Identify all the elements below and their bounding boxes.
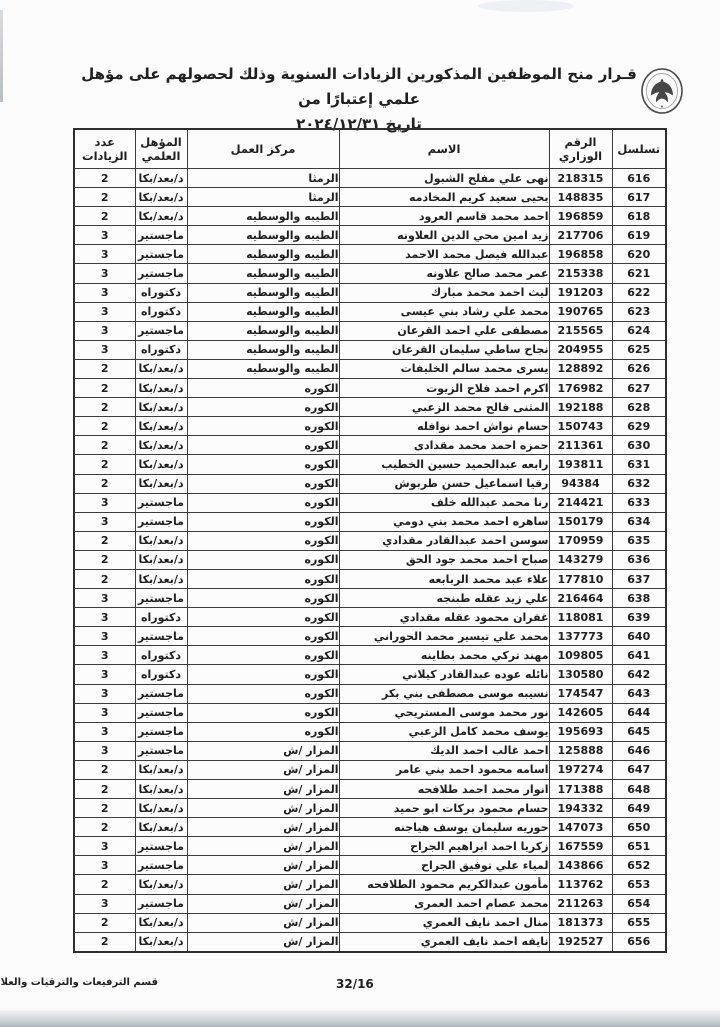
- cell-work-center: الكوره: [187, 531, 339, 550]
- cell-work-center: الكوره: [187, 569, 339, 588]
- cell-work-center: الكوره: [187, 493, 339, 512]
- cell-qualification: د/بعد/بكا: [135, 207, 187, 226]
- cell-qualification: د/بعد/بكا: [135, 932, 187, 952]
- table-row: 622191203ليث احمد محمد مباركالطيبه والوس…: [74, 283, 666, 302]
- cell-ministry-no: 196859: [549, 207, 612, 226]
- cell-qualification: ماجستير: [135, 245, 187, 264]
- cell-serial: 616: [612, 169, 666, 188]
- cell-name: سوسن احمد عبدالقادر مقدادي: [339, 531, 549, 550]
- table-row: 617148835يحيى سعيد كريم المخادمهالرمثاد/…: [74, 188, 666, 207]
- cell-qualification: ماجستير: [135, 627, 187, 646]
- table-row: 639118081غفران محمود عقله مقداديالكورهدك…: [74, 608, 666, 627]
- cell-qualification: د/بعد/بكا: [135, 474, 187, 493]
- cell-work-center: الرمثا: [187, 169, 339, 188]
- cell-qualification: ماجستير: [135, 684, 187, 703]
- cell-serial: 648: [612, 780, 666, 799]
- table-row: 653113762مأمون عبدالكريم محمود الطلافحها…: [74, 875, 666, 894]
- cell-ministry-no: 215338: [549, 264, 612, 283]
- scan-edge-bottom: [0, 1010, 720, 1027]
- cell-work-center: المزار /ش: [187, 856, 339, 875]
- cell-qualification: دكتوراه: [135, 608, 187, 627]
- cell-name: نايفه احمد نايف العمري: [339, 932, 549, 952]
- cell-raises: 2: [74, 188, 135, 207]
- cell-serial: 656: [612, 932, 666, 952]
- table-row: 624215565مصطفى علي احمد القرعانالطيبه وا…: [74, 321, 666, 340]
- cell-serial: 643: [612, 684, 666, 703]
- cell-serial: 620: [612, 245, 666, 264]
- table-row: 621215338عمر محمد صالح علاونهالطيبه والو…: [74, 264, 666, 283]
- cell-work-center: الكوره: [187, 550, 339, 569]
- cell-name: علاء عبد محمد الربابعه: [339, 569, 549, 588]
- cell-ministry-no: 128892: [549, 359, 612, 378]
- cell-qualification: ماجستير: [135, 703, 187, 722]
- cell-name: اكرم احمد فلاح الزيوت: [339, 379, 549, 398]
- cell-name: احمد محمد قاسم العرود: [339, 207, 549, 226]
- cell-ministry-no: 191203: [549, 283, 612, 302]
- cell-name: حسام محمود بركات ابو حميد: [339, 799, 549, 818]
- cell-name: حسام نواش احمد نوافله: [339, 417, 549, 436]
- cell-qualification: ماجستير: [135, 493, 187, 512]
- cell-raises: 2: [74, 436, 135, 455]
- cell-raises: 3: [74, 856, 135, 875]
- table-row: 627176982اكرم احمد فلاح الزيوتالكورهد/بع…: [74, 379, 666, 398]
- cell-serial: 617: [612, 188, 666, 207]
- cell-ministry-no: 109805: [549, 646, 612, 665]
- decision-title-line1: قـرار منح الموظفين المذكورين الزيادات ال…: [76, 62, 642, 112]
- cell-qualification: دكتوراه: [135, 646, 187, 665]
- cell-ministry-no: 142605: [549, 703, 612, 722]
- cell-name: عمر محمد صالح علاونه: [339, 264, 549, 283]
- cell-name: لمياء علي توفيق الجراح: [339, 856, 549, 875]
- cell-ministry-no: 174547: [549, 684, 612, 703]
- cell-raises: 3: [74, 627, 135, 646]
- cell-ministry-no: 113762: [549, 875, 612, 894]
- table-header-row: تسلسل الرقم الوزاري الاسم مركز العمل الم…: [74, 129, 666, 169]
- cell-ministry-no: 193811: [549, 455, 612, 474]
- cell-serial: 649: [612, 799, 666, 818]
- table-row: 628192188المثنى فالح محمد الزعبيالكورهد/…: [74, 398, 666, 417]
- cell-serial: 652: [612, 856, 666, 875]
- cell-serial: 619: [612, 226, 666, 245]
- cell-serial: 653: [612, 875, 666, 894]
- cell-work-center: المزار /ش: [187, 760, 339, 779]
- cell-serial: 627: [612, 379, 666, 398]
- cell-qualification: د/بعد/بكا: [135, 417, 187, 436]
- cell-raises: 3: [74, 340, 135, 359]
- table-row: 630211361حمزه احمد محمد مقدادىالكورهد/بع…: [74, 436, 666, 455]
- cell-raises: 3: [74, 665, 135, 684]
- cell-work-center: المزار /ش: [187, 894, 339, 913]
- cell-ministry-no: 171388: [549, 780, 612, 799]
- cell-work-center: الكوره: [187, 722, 339, 741]
- cell-serial: 644: [612, 703, 666, 722]
- cell-name: مصطفى علي احمد القرعان: [339, 321, 549, 340]
- cell-ministry-no: 150743: [549, 417, 612, 436]
- cell-raises: 2: [74, 913, 135, 932]
- decision-title: قـرار منح الموظفين المذكورين الزيادات ال…: [76, 62, 642, 137]
- cell-qualification: د/بعد/بكا: [135, 398, 187, 417]
- cell-work-center: الطيبه والوسطيه: [187, 226, 339, 245]
- cell-raises: 3: [74, 741, 135, 760]
- cell-raises: 3: [74, 722, 135, 741]
- cell-raises: 3: [74, 646, 135, 665]
- table-row: 652143866لمياء علي توفيق الجراحالمزار /ش…: [74, 856, 666, 875]
- cell-work-center: الطيبه والوسطيه: [187, 321, 339, 340]
- cell-raises: 2: [74, 455, 135, 474]
- scanned-document-page: قـرار منح الموظفين المذكورين الزيادات ال…: [0, 0, 720, 1027]
- cell-serial: 639: [612, 608, 666, 627]
- cell-work-center: الرمثا: [187, 188, 339, 207]
- table-row: 635170959سوسن احمد عبدالقادر مقداديالكور…: [74, 531, 666, 550]
- cell-raises: 3: [74, 837, 135, 856]
- cell-raises: 2: [74, 398, 135, 417]
- cell-name: نهى علي مفلح الشبول: [339, 169, 549, 188]
- cell-name: محمد علي رشاد بني عيسى: [339, 302, 549, 321]
- cell-serial: 634: [612, 512, 666, 531]
- cell-name: رنا محمد عبدالله خلف: [339, 493, 549, 512]
- cell-work-center: المزار /ش: [187, 780, 339, 799]
- table-row: 649194332حسام محمود بركات ابو حميدالمزار…: [74, 799, 666, 818]
- cell-ministry-no: 217706: [549, 226, 612, 245]
- cell-ministry-no: 130580: [549, 665, 612, 684]
- employee-raises-table: تسلسل الرقم الوزاري الاسم مركز العمل الم…: [73, 128, 667, 953]
- table-row: 655181373منال احمد نايف العمريالمزار /شد…: [74, 913, 666, 932]
- table-row: 633214421رنا محمد عبدالله خلفالكورهماجست…: [74, 493, 666, 512]
- cell-name: زيد امين محي الدين العلاونه: [339, 226, 549, 245]
- cell-work-center: الكوره: [187, 436, 339, 455]
- cell-serial: 651: [612, 837, 666, 856]
- cell-qualification: د/بعد/بكا: [135, 760, 187, 779]
- cell-qualification: د/بعد/بكا: [135, 875, 187, 894]
- cell-qualification: د/بعد/بكا: [135, 455, 187, 474]
- col-header-name: الاسم: [339, 129, 549, 169]
- cell-work-center: الكوره: [187, 474, 339, 493]
- table-row: 638216464علي زيد عقله طبنجهالكورهماجستير…: [74, 589, 666, 608]
- cell-qualification: د/بعد/بكا: [135, 359, 187, 378]
- table-row: 640137773محمد علي تيسير محمد الحورانيالك…: [74, 627, 666, 646]
- table-row: 634150179ساهره احمد محمد بني دوميالكورهم…: [74, 512, 666, 531]
- cell-ministry-no: 211361: [549, 436, 612, 455]
- table-row: 654211263محمد عصام احمد العمرىالمزار /شم…: [74, 894, 666, 913]
- table-row: 643174547نسيبه موسى مصطفى بني بكرالكورهم…: [74, 684, 666, 703]
- cell-serial: 655: [612, 913, 666, 932]
- cell-ministry-no: 211263: [549, 894, 612, 913]
- cell-work-center: الكوره: [187, 684, 339, 703]
- cell-ministry-no: 137773: [549, 627, 612, 646]
- cell-qualification: د/بعد/بكا: [135, 799, 187, 818]
- cell-ministry-no: 167559: [549, 837, 612, 856]
- cell-qualification: دكتوراه: [135, 302, 187, 321]
- cell-work-center: الكوره: [187, 512, 339, 531]
- cell-ministry-no: 204955: [549, 340, 612, 359]
- cell-name: رابعه عبدالحميد حسين الخطيب: [339, 455, 549, 474]
- cell-raises: 3: [74, 703, 135, 722]
- cell-ministry-no: 150179: [549, 512, 612, 531]
- cell-work-center: المزار /ش: [187, 741, 339, 760]
- cell-qualification: د/بعد/بكا: [135, 379, 187, 398]
- cell-qualification: د/بعد/بكا: [135, 913, 187, 932]
- cell-ministry-no: 215565: [549, 321, 612, 340]
- cell-qualification: ماجستير: [135, 894, 187, 913]
- cell-qualification: ماجستير: [135, 589, 187, 608]
- cell-raises: 2: [74, 550, 135, 569]
- cell-work-center: المزار /ش: [187, 875, 339, 894]
- cell-name: حوريه سليمان يوسف هياجنه: [339, 818, 549, 837]
- table-row: 641109805مهند تركي محمد بطاينهالكورهدكتو…: [74, 646, 666, 665]
- cell-name: نسيبه موسى مصطفى بني بكر: [339, 684, 549, 703]
- cell-work-center: الكوره: [187, 417, 339, 436]
- scan-edge-left: [0, 10, 3, 102]
- cell-qualification: د/بعد/بكا: [135, 550, 187, 569]
- cell-qualification: د/بعد/بكا: [135, 818, 187, 837]
- cell-raises: 2: [74, 780, 135, 799]
- employee-table-body: 616218315نهى علي مفلح الشبولالرمثاد/بعد/…: [74, 169, 666, 952]
- cell-serial: 654: [612, 894, 666, 913]
- cell-serial: 630: [612, 436, 666, 455]
- table-row: 616218315نهى علي مفلح الشبولالرمثاد/بعد/…: [74, 169, 666, 188]
- cell-qualification: دكتوراه: [135, 283, 187, 302]
- table-row: 647197274اسامه محمود احمد بني عامرالمزار…: [74, 760, 666, 779]
- cell-qualification: ماجستير: [135, 512, 187, 531]
- cell-qualification: ماجستير: [135, 226, 187, 245]
- cell-ministry-no: 194332: [549, 799, 612, 818]
- cell-serial: 642: [612, 665, 666, 684]
- cell-name: يسرى محمد سالم الخليفات: [339, 359, 549, 378]
- cell-qualification: ماجستير: [135, 321, 187, 340]
- cell-qualification: ماجستير: [135, 856, 187, 875]
- cell-work-center: الطيبه والوسطيه: [187, 359, 339, 378]
- cell-serial: 629: [612, 417, 666, 436]
- cell-serial: 625: [612, 340, 666, 359]
- cell-serial: 641: [612, 646, 666, 665]
- cell-work-center: الكوره: [187, 589, 339, 608]
- cell-raises: 3: [74, 245, 135, 264]
- cell-qualification: د/بعد/بكا: [135, 169, 187, 188]
- cell-qualification: د/بعد/بكا: [135, 780, 187, 799]
- cell-ministry-no: 148835: [549, 188, 612, 207]
- cell-raises: 2: [74, 359, 135, 378]
- cell-serial: 646: [612, 741, 666, 760]
- cell-work-center: الكوره: [187, 646, 339, 665]
- cell-name: حمزه احمد محمد مقدادى: [339, 436, 549, 455]
- cell-work-center: الطيبه والوسطيه: [187, 302, 339, 321]
- cell-name: رقيا اسماعيل حسن طربوش: [339, 474, 549, 493]
- cell-raises: 2: [74, 474, 135, 493]
- cell-serial: 623: [612, 302, 666, 321]
- cell-work-center: الكوره: [187, 627, 339, 646]
- cell-serial: 645: [612, 722, 666, 741]
- cell-work-center: المزار /ش: [187, 932, 339, 952]
- cell-serial: 618: [612, 207, 666, 226]
- cell-raises: 3: [74, 512, 135, 531]
- cell-name: غفران محمود عقله مقدادي: [339, 608, 549, 627]
- scan-artifact-top: [478, 0, 574, 12]
- table-row: 646125888احمد غالب احمد الديكالمزار /شما…: [74, 741, 666, 760]
- cell-name: ليث احمد محمد مبارك: [339, 283, 549, 302]
- cell-work-center: الطيبه والوسطيه: [187, 340, 339, 359]
- cell-serial: 624: [612, 321, 666, 340]
- ministry-seal-icon: [639, 66, 685, 116]
- cell-ministry-no: 118081: [549, 608, 612, 627]
- table-row: 626128892يسرى محمد سالم الخليفاتالطيبه و…: [74, 359, 666, 378]
- cell-ministry-no: 192527: [549, 932, 612, 952]
- cell-raises: 2: [74, 818, 135, 837]
- cell-raises: 2: [74, 569, 135, 588]
- cell-raises: 2: [74, 169, 135, 188]
- cell-name: انوار محمد احمد طلافحه: [339, 780, 549, 799]
- cell-qualification: د/بعد/بكا: [135, 531, 187, 550]
- cell-work-center: الطيبه والوسطيه: [187, 245, 339, 264]
- cell-name: ساهره احمد محمد بني دومي: [339, 512, 549, 531]
- cell-ministry-no: 195693: [549, 722, 612, 741]
- table-row: 650147073حوريه سليمان يوسف هياجنهالمزار …: [74, 818, 666, 837]
- table-row: 631193811رابعه عبدالحميد حسين الخطيبالكو…: [74, 455, 666, 474]
- cell-name: زكريا احمد ابراهيم الجراح: [339, 837, 549, 856]
- cell-raises: 2: [74, 379, 135, 398]
- cell-serial: 631: [612, 455, 666, 474]
- cell-name: نائله عوده عبدالقادر كيلاني: [339, 665, 549, 684]
- cell-raises: 2: [74, 207, 135, 226]
- cell-ministry-no: 125888: [549, 741, 612, 760]
- cell-work-center: المزار /ش: [187, 799, 339, 818]
- cell-serial: 633: [612, 493, 666, 512]
- cell-raises: 2: [74, 531, 135, 550]
- cell-serial: 650: [612, 818, 666, 837]
- cell-ministry-no: 170959: [549, 531, 612, 550]
- cell-qualification: دكتوراه: [135, 665, 187, 684]
- cell-serial: 640: [612, 627, 666, 646]
- cell-ministry-no: 218315: [549, 169, 612, 188]
- table-row: 619217706زيد امين محي الدين العلاونهالطي…: [74, 226, 666, 245]
- cell-raises: 3: [74, 589, 135, 608]
- cell-raises: 2: [74, 417, 135, 436]
- cell-raises: 3: [74, 302, 135, 321]
- col-header-ministry-no: الرقم الوزاري: [549, 129, 612, 169]
- cell-name: علي زيد عقله طبنجه: [339, 589, 549, 608]
- table-row: 648171388انوار محمد احمد طلافحهالمزار /ش…: [74, 780, 666, 799]
- table-row: 618196859احمد محمد قاسم العرودالطيبه وال…: [74, 207, 666, 226]
- cell-work-center: الطيبه والوسطيه: [187, 207, 339, 226]
- cell-qualification: د/بعد/بكا: [135, 188, 187, 207]
- table-row: 623190765محمد علي رشاد بني عيسىالطيبه وا…: [74, 302, 666, 321]
- cell-name: مهند تركي محمد بطاينه: [339, 646, 549, 665]
- cell-name: يوسف محمد كامل الزعبي: [339, 722, 549, 741]
- cell-ministry-no: 176982: [549, 379, 612, 398]
- cell-work-center: المزار /ش: [187, 818, 339, 837]
- cell-ministry-no: 197274: [549, 760, 612, 779]
- cell-raises: 3: [74, 608, 135, 627]
- cell-raises: 3: [74, 493, 135, 512]
- cell-qualification: ماجستير: [135, 264, 187, 283]
- table-row: 637177810علاء عبد محمد الربابعهالكورهد/ب…: [74, 569, 666, 588]
- cell-ministry-no: 143279: [549, 550, 612, 569]
- cell-ministry-no: 216464: [549, 589, 612, 608]
- cell-qualification: ماجستير: [135, 741, 187, 760]
- cell-ministry-no: 196858: [549, 245, 612, 264]
- cell-serial: 622: [612, 283, 666, 302]
- footer-page-number: 32/16: [336, 977, 374, 991]
- cell-name: منال احمد نايف العمري: [339, 913, 549, 932]
- cell-qualification: د/بعد/بكا: [135, 436, 187, 455]
- cell-raises: 3: [74, 226, 135, 245]
- table-row: 645195693يوسف محمد كامل الزعبيالكورهماجس…: [74, 722, 666, 741]
- cell-work-center: الطيبه والوسطيه: [187, 283, 339, 302]
- cell-raises: 2: [74, 799, 135, 818]
- table-row: 620196858عبدالله فيصل محمد الاحمدالطيبه …: [74, 245, 666, 264]
- cell-ministry-no: 147073: [549, 818, 612, 837]
- cell-name: صباح احمد محمد جود الحق: [339, 550, 549, 569]
- cell-work-center: الكوره: [187, 665, 339, 684]
- cell-serial: 632: [612, 474, 666, 493]
- cell-raises: 3: [74, 264, 135, 283]
- cell-work-center: الكوره: [187, 608, 339, 627]
- cell-ministry-no: 214421: [549, 493, 612, 512]
- table-row: 651167559زكريا احمد ابراهيم الجراحالمزار…: [74, 837, 666, 856]
- cell-work-center: المزار /ش: [187, 913, 339, 932]
- cell-work-center: الكوره: [187, 703, 339, 722]
- cell-raises: 2: [74, 932, 135, 952]
- table-row: 625204955نجاح ساطي سليمان القرعانالطيبه …: [74, 340, 666, 359]
- col-header-work-center: مركز العمل: [187, 129, 339, 169]
- cell-raises: 3: [74, 684, 135, 703]
- table-row: 644142605نور محمد موسى المستريحيالكورهما…: [74, 703, 666, 722]
- cell-work-center: المزار /ش: [187, 837, 339, 856]
- cell-raises: 2: [74, 875, 135, 894]
- cell-name: يحيى سعيد كريم المخادمه: [339, 188, 549, 207]
- cell-ministry-no: 143866: [549, 856, 612, 875]
- table-row: 642130580نائله عوده عبدالقادر كيلانيالكو…: [74, 665, 666, 684]
- cell-serial: 637: [612, 569, 666, 588]
- table-row: 636143279صباح احمد محمد جود الحقالكورهد/…: [74, 550, 666, 569]
- cell-serial: 628: [612, 398, 666, 417]
- table-row: 63294384رقيا اسماعيل حسن طربوشالكورهد/بع…: [74, 474, 666, 493]
- cell-ministry-no: 190765: [549, 302, 612, 321]
- table-row: 629150743حسام نواش احمد نوافلهالكورهد/بع…: [74, 417, 666, 436]
- cell-name: محمد عصام احمد العمرى: [339, 894, 549, 913]
- cell-raises: 3: [74, 283, 135, 302]
- cell-ministry-no: 177810: [549, 569, 612, 588]
- cell-ministry-no: 181373: [549, 913, 612, 932]
- col-header-serial: تسلسل: [612, 129, 666, 169]
- cell-serial: 621: [612, 264, 666, 283]
- cell-work-center: الكوره: [187, 379, 339, 398]
- cell-name: نور محمد موسى المستريحي: [339, 703, 549, 722]
- cell-name: نجاح ساطي سليمان القرعان: [339, 340, 549, 359]
- cell-qualification: د/بعد/بكا: [135, 569, 187, 588]
- cell-raises: 2: [74, 760, 135, 779]
- col-header-qualification: المؤهل العلمي: [135, 129, 187, 169]
- cell-qualification: دكتوراه: [135, 340, 187, 359]
- cell-qualification: ماجستير: [135, 722, 187, 741]
- footer-department: قسم الترفيعات والترقيات والعلاوات: [0, 977, 158, 988]
- cell-serial: 635: [612, 531, 666, 550]
- cell-ministry-no: 192188: [549, 398, 612, 417]
- cell-ministry-no: 94384: [549, 474, 612, 493]
- cell-name: عبدالله فيصل محمد الاحمد: [339, 245, 549, 264]
- cell-work-center: الطيبه والوسطيه: [187, 264, 339, 283]
- cell-serial: 647: [612, 760, 666, 779]
- cell-serial: 636: [612, 550, 666, 569]
- cell-work-center: الكوره: [187, 398, 339, 417]
- cell-name: مأمون عبدالكريم محمود الطلافحه: [339, 875, 549, 894]
- cell-name: اسامه محمود احمد بني عامر: [339, 760, 549, 779]
- cell-name: المثنى فالح محمد الزعبي: [339, 398, 549, 417]
- cell-raises: 3: [74, 321, 135, 340]
- cell-serial: 638: [612, 589, 666, 608]
- cell-qualification: ماجستير: [135, 837, 187, 856]
- cell-serial: 626: [612, 359, 666, 378]
- col-header-raises-count: عدد الزيادات: [74, 129, 135, 169]
